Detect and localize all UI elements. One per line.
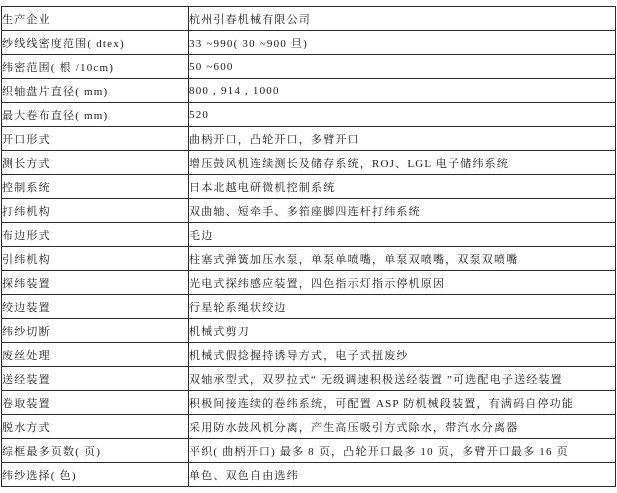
spec-value-cell: 光电式探纬感应装置，四色指示灯指示停机原因 <box>189 271 616 295</box>
table-row: 生产企业 杭州引春机械有限公司 <box>2 7 616 31</box>
spec-value-cell: 50 ~600 <box>189 55 616 79</box>
table-row: 纬纱选择( 色) 单色、双色自由选纬 <box>2 463 616 487</box>
spec-label-cell: 打纬机构 <box>2 199 189 223</box>
spec-value-cell: 33 ~990( 30 ~900 旦) <box>189 31 616 55</box>
spec-value-cell: 单色、双色自由选纬 <box>189 463 616 487</box>
table-row: 纱线线密度范围( dtex) 33 ~990( 30 ~900 旦) <box>2 31 616 55</box>
table-row: 引纬机构 柱塞式弹簧加压水泵，单泵单喷嘴，单泵双喷嘴，双泵双喷嘴 <box>2 247 616 271</box>
spec-value-cell: 行星轮系绳状绞边 <box>189 295 616 319</box>
table-row: 探纬装置 光电式探纬感应装置，四色指示灯指示停机原因 <box>2 271 616 295</box>
spec-value-cell: 柱塞式弹簧加压水泵，单泵单喷嘴，单泵双喷嘴，双泵双喷嘴 <box>189 247 616 271</box>
spec-value-cell: 机械式剪刀 <box>189 319 616 343</box>
spec-value-cell: 积极间接连续的卷纬系统，可配置 ASP 防机械段装置，有满码自停功能 <box>189 391 616 415</box>
spec-value-cell: 800 , 914 , 1000 <box>189 79 616 103</box>
table-row: 织轴盘片直径( mm) 800 , 914 , 1000 <box>2 79 616 103</box>
table-row: 脱水方式 采用防水鼓风机分离，产生高压吸引方式除水，带汽水分离器 <box>2 415 616 439</box>
table-row: 送经装置 双轴承型式，双罗拉式“ 无级调速积极送经装置 ”可选配电子送经装置 <box>2 367 616 391</box>
spec-label-cell: 生产企业 <box>2 7 189 31</box>
spec-value-cell: 双曲轴、短牵手、多筘座脚四连杆打纬系统 <box>189 199 616 223</box>
spec-label-cell: 综框最多页数( 页) <box>2 439 189 463</box>
table-row: 卷取装置 积极间接连续的卷纬系统，可配置 ASP 防机械段装置，有满码自停功能 <box>2 391 616 415</box>
spec-value-cell: 采用防水鼓风机分离，产生高压吸引方式除水，带汽水分离器 <box>189 415 616 439</box>
spec-label-cell: 最大卷布直径( mm) <box>2 103 189 127</box>
table-row: 布边形式 毛边 <box>2 223 616 247</box>
table-row: 纬纱切断 机械式剪刀 <box>2 319 616 343</box>
spec-label-cell: 纬纱选择( 色) <box>2 463 189 487</box>
spec-value-cell: 平织( 曲柄开口) 最多 8 页，凸轮开口最多 10 页，多臂开口最多 16 页 <box>189 439 616 463</box>
table-row: 测长方式 增压鼓风机连续测长及储存系统，ROJ、LGL 电子储纬系统 <box>2 151 616 175</box>
spec-label-cell: 控制系统 <box>2 175 189 199</box>
spec-table-body: 生产企业 杭州引春机械有限公司 纱线线密度范围( dtex) 33 ~990( … <box>2 7 616 487</box>
spec-label-cell: 开口形式 <box>2 127 189 151</box>
table-row: 废丝处理 机械式假捻握持诱导方式，电子式扭废纱 <box>2 343 616 367</box>
scanned-spec-page: 生产企业 杭州引春机械有限公司 纱线线密度范围( dtex) 33 ~990( … <box>0 0 617 493</box>
spec-label-cell: 纬密范围( 根 /10cm) <box>2 55 189 79</box>
table-row: 打纬机构 双曲轴、短牵手、多筘座脚四连杆打纬系统 <box>2 199 616 223</box>
spec-label-cell: 脱水方式 <box>2 415 189 439</box>
spec-label-cell: 卷取装置 <box>2 391 189 415</box>
spec-label-cell: 废丝处理 <box>2 343 189 367</box>
table-row: 控制系统 日本北越电研微机控制系统 <box>2 175 616 199</box>
spec-label-cell: 纬纱切断 <box>2 319 189 343</box>
spec-label-cell: 绞边装置 <box>2 295 189 319</box>
table-row: 最大卷布直径( mm) 520 <box>2 103 616 127</box>
spec-value-cell: 双轴承型式，双罗拉式“ 无级调速积极送经装置 ”可选配电子送经装置 <box>189 367 616 391</box>
spec-value-cell: 机械式假捻握持诱导方式，电子式扭废纱 <box>189 343 616 367</box>
spec-value-cell: 曲柄开口，凸轮开口，多臂开口 <box>189 127 616 151</box>
spec-label-cell: 送经装置 <box>2 367 189 391</box>
spec-value-cell: 520 <box>189 103 616 127</box>
spec-value-cell: 日本北越电研微机控制系统 <box>189 175 616 199</box>
loom-spec-table: 生产企业 杭州引春机械有限公司 纱线线密度范围( dtex) 33 ~990( … <box>1 6 616 487</box>
spec-label-cell: 探纬装置 <box>2 271 189 295</box>
spec-label-cell: 织轴盘片直径( mm) <box>2 79 189 103</box>
spec-label-cell: 布边形式 <box>2 223 189 247</box>
table-row: 绞边装置 行星轮系绳状绞边 <box>2 295 616 319</box>
spec-value-cell: 增压鼓风机连续测长及储存系统，ROJ、LGL 电子储纬系统 <box>189 151 616 175</box>
spec-label-cell: 纱线线密度范围( dtex) <box>2 31 189 55</box>
table-row: 综框最多页数( 页) 平织( 曲柄开口) 最多 8 页，凸轮开口最多 10 页，… <box>2 439 616 463</box>
spec-label-cell: 测长方式 <box>2 151 189 175</box>
table-row: 纬密范围( 根 /10cm) 50 ~600 <box>2 55 616 79</box>
spec-label-cell: 引纬机构 <box>2 247 189 271</box>
table-row: 开口形式 曲柄开口，凸轮开口，多臂开口 <box>2 127 616 151</box>
spec-value-cell: 杭州引春机械有限公司 <box>189 7 616 31</box>
spec-value-cell: 毛边 <box>189 223 616 247</box>
